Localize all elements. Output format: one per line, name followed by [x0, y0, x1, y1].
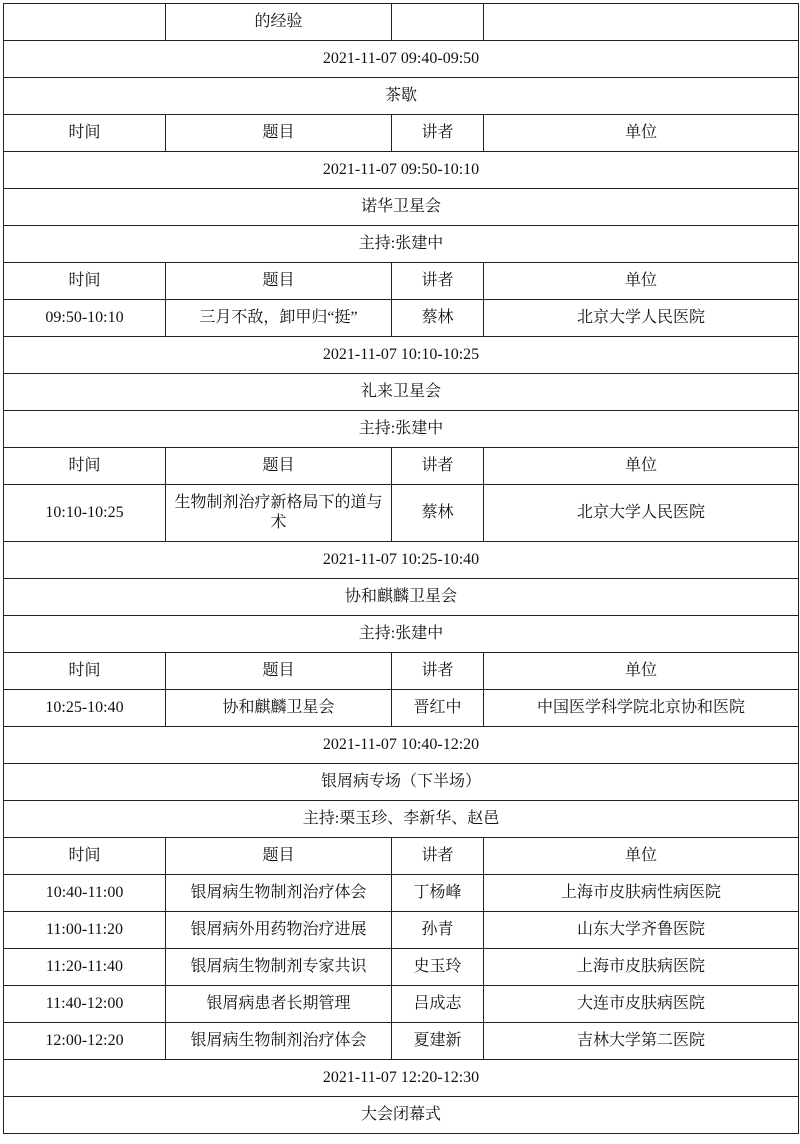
time-cell: 10:25-10:40	[4, 690, 166, 727]
topic-cell: 银屑病生物制剂治疗体会	[166, 1023, 392, 1060]
session-chair: 主持:张建中	[4, 616, 799, 653]
column-header-row: 时间 题目 讲者 单位	[4, 653, 799, 690]
table-row: 10:25-10:40 协和麒麟卫星会 晋红中 中国医学科学院北京协和医院	[4, 690, 799, 727]
time-cell: 12:00-12:20	[4, 1023, 166, 1060]
unit-cell: 吉林大学第二医院	[484, 1023, 799, 1060]
session-title: 协和麒麟卫星会	[4, 579, 799, 616]
topic-cell: 协和麒麟卫星会	[166, 690, 392, 727]
header-topic: 题目	[166, 653, 392, 690]
session-datetime: 2021-11-07 10:10-10:25	[4, 337, 799, 374]
table-row: 12:00-12:20 银屑病生物制剂治疗体会 夏建新 吉林大学第二医院	[4, 1023, 799, 1060]
speaker-cell: 蔡林	[392, 300, 484, 337]
topic-cell: 生物制剂治疗新格局下的道与术	[166, 485, 392, 542]
session-chair: 主持:张建中	[4, 226, 799, 263]
session-datetime: 2021-11-07 09:40-09:50	[4, 41, 799, 78]
topic-cell: 的经验	[166, 4, 392, 41]
session-datetime: 2021-11-07 10:25-10:40	[4, 542, 799, 579]
topic-cell: 银屑病外用药物治疗进展	[166, 912, 392, 949]
session-title: 茶歇	[4, 78, 799, 115]
header-speaker: 讲者	[392, 448, 484, 485]
table-row: 10:40-11:00 银屑病生物制剂治疗体会 丁杨峰 上海市皮肤病性病医院	[4, 875, 799, 912]
table-row: 11:20-11:40 银屑病生物制剂专家共识 史玉玲 上海市皮肤病医院	[4, 949, 799, 986]
time-cell: 10:10-10:25	[4, 485, 166, 542]
session-datetime: 2021-11-07 10:40-12:20	[4, 727, 799, 764]
time-cell: 11:00-11:20	[4, 912, 166, 949]
session-title: 礼来卫星会	[4, 374, 799, 411]
column-header-row: 时间 题目 讲者 单位	[4, 263, 799, 300]
unit-cell: 中国医学科学院北京协和医院	[484, 690, 799, 727]
speaker-cell: 夏建新	[392, 1023, 484, 1060]
unit-cell: 北京大学人民医院	[484, 485, 799, 542]
session-datetime: 2021-11-07 12:20-12:30	[4, 1060, 799, 1097]
speaker-cell: 史玉玲	[392, 949, 484, 986]
table-row: 11:40-12:00 银屑病患者长期管理 吕成志 大连市皮肤病医院	[4, 986, 799, 1023]
speaker-cell: 孙青	[392, 912, 484, 949]
column-header-row: 时间 题目 讲者 单位	[4, 838, 799, 875]
time-cell: 10:40-11:00	[4, 875, 166, 912]
topic-cell: 银屑病患者长期管理	[166, 986, 392, 1023]
session-datetime: 2021-11-07 09:50-10:10	[4, 152, 799, 189]
header-time: 时间	[4, 653, 166, 690]
schedule-table: 的经验 2021-11-07 09:40-09:50 茶歇 时间 题目 讲者 单…	[3, 3, 799, 1134]
header-speaker: 讲者	[392, 653, 484, 690]
header-topic: 题目	[166, 115, 392, 152]
table-row: 09:50-10:10 三月不敌，卸甲归“挺” 蔡林 北京大学人民医院	[4, 300, 799, 337]
speaker-cell: 吕成志	[392, 986, 484, 1023]
header-topic: 题目	[166, 838, 392, 875]
time-cell	[4, 4, 166, 41]
topic-cell: 银屑病生物制剂治疗体会	[166, 875, 392, 912]
speaker-cell: 丁杨峰	[392, 875, 484, 912]
speaker-cell: 蔡林	[392, 485, 484, 542]
column-header-row: 时间 题目 讲者 单位	[4, 115, 799, 152]
header-time: 时间	[4, 263, 166, 300]
header-unit: 单位	[484, 838, 799, 875]
header-time: 时间	[4, 115, 166, 152]
header-unit: 单位	[484, 115, 799, 152]
time-cell: 11:20-11:40	[4, 949, 166, 986]
unit-cell: 北京大学人民医院	[484, 300, 799, 337]
speaker-cell	[392, 4, 484, 41]
header-speaker: 讲者	[392, 115, 484, 152]
header-topic: 题目	[166, 263, 392, 300]
header-speaker: 讲者	[392, 838, 484, 875]
table-row: 10:10-10:25 生物制剂治疗新格局下的道与术 蔡林 北京大学人民医院	[4, 485, 799, 542]
table-row: 的经验	[4, 4, 799, 41]
topic-cell: 三月不敌，卸甲归“挺”	[166, 300, 392, 337]
session-title: 诺华卫星会	[4, 189, 799, 226]
unit-cell: 上海市皮肤病性病医院	[484, 875, 799, 912]
time-cell: 09:50-10:10	[4, 300, 166, 337]
unit-cell	[484, 4, 799, 41]
header-unit: 单位	[484, 263, 799, 300]
unit-cell: 山东大学齐鲁医院	[484, 912, 799, 949]
table-row: 11:00-11:20 银屑病外用药物治疗进展 孙青 山东大学齐鲁医院	[4, 912, 799, 949]
topic-cell: 银屑病生物制剂专家共识	[166, 949, 392, 986]
header-speaker: 讲者	[392, 263, 484, 300]
header-unit: 单位	[484, 448, 799, 485]
header-topic: 题目	[166, 448, 392, 485]
session-title: 银屑病专场（下半场）	[4, 764, 799, 801]
header-unit: 单位	[484, 653, 799, 690]
header-time: 时间	[4, 838, 166, 875]
header-time: 时间	[4, 448, 166, 485]
unit-cell: 上海市皮肤病医院	[484, 949, 799, 986]
speaker-cell: 晋红中	[392, 690, 484, 727]
time-cell: 11:40-12:00	[4, 986, 166, 1023]
session-title: 大会闭幕式	[4, 1097, 799, 1134]
session-chair: 主持:张建中	[4, 411, 799, 448]
session-chair: 主持:栗玉珍、李新华、赵邑	[4, 801, 799, 838]
unit-cell: 大连市皮肤病医院	[484, 986, 799, 1023]
column-header-row: 时间 题目 讲者 单位	[4, 448, 799, 485]
